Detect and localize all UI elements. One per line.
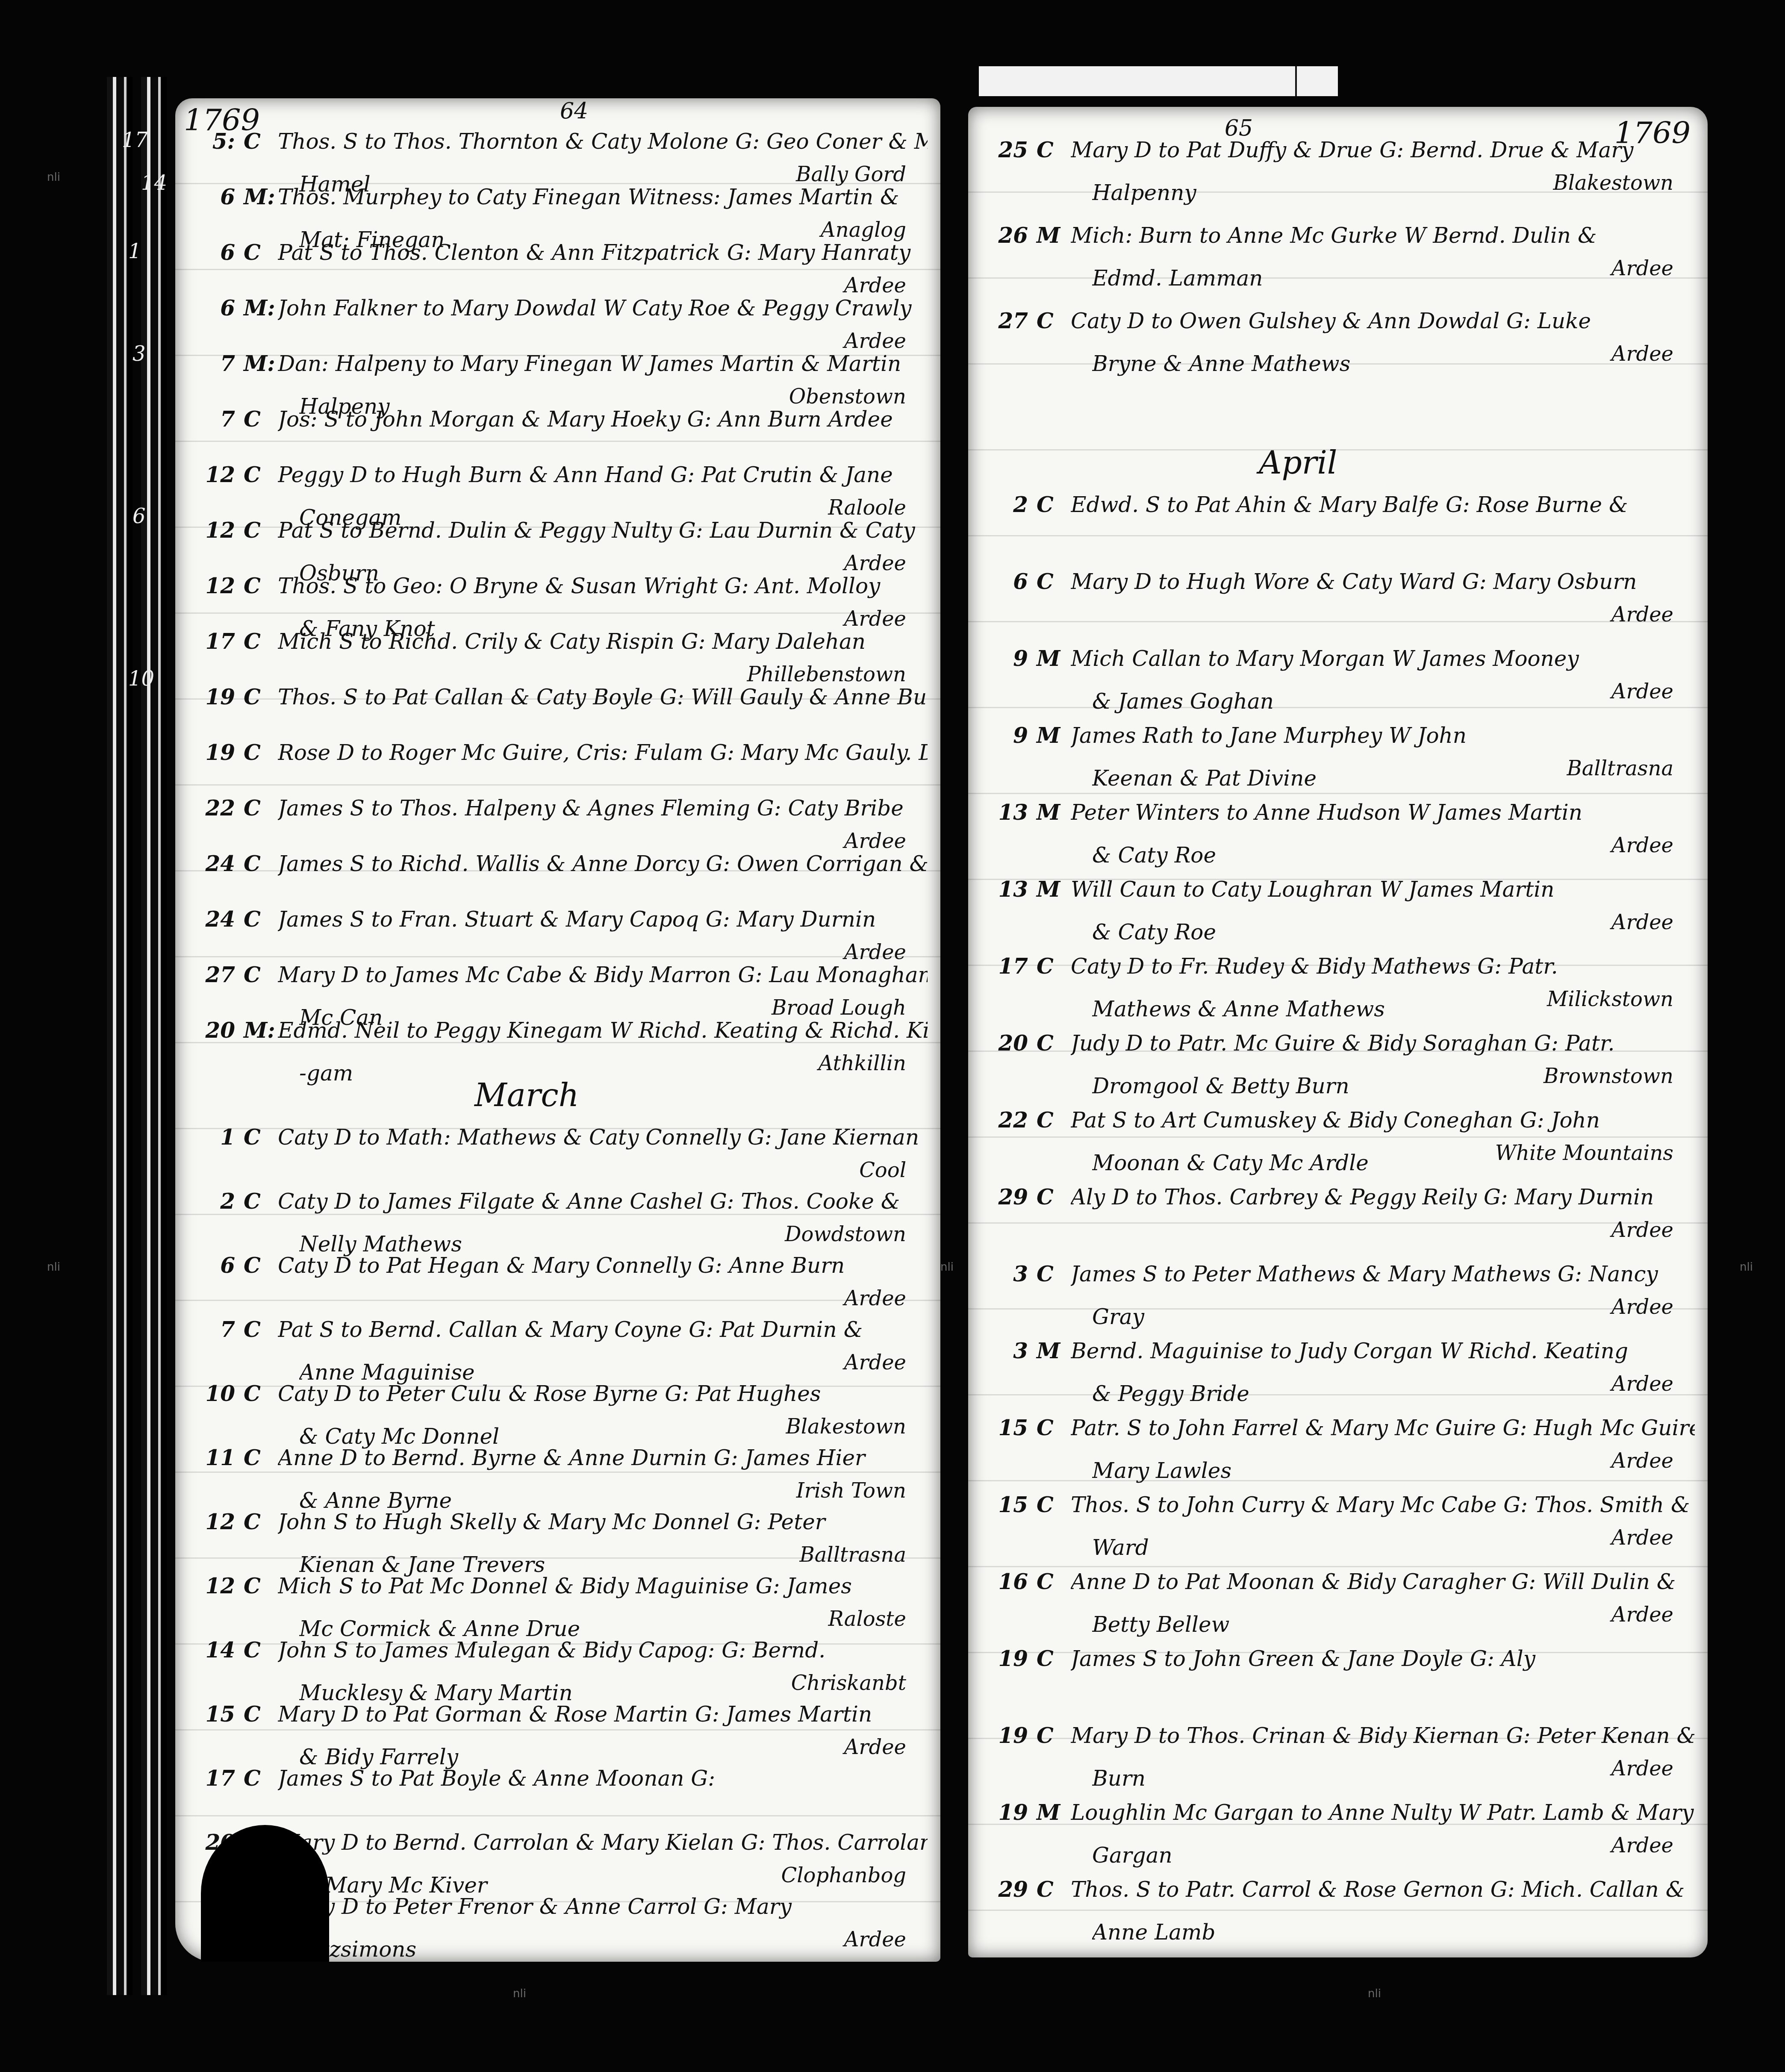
entry-date: 11 xyxy=(188,1445,235,1472)
entry-place: Athkillin xyxy=(819,1051,906,1076)
entry-text: Patr. S to John Farrel & Mary Mc Guire G… xyxy=(1071,1415,1695,1442)
entry-place: Ardee xyxy=(1611,1756,1673,1781)
entry-type: C xyxy=(244,851,274,877)
watermark: nli xyxy=(47,171,60,184)
entry-text: Thos. S to Pat Callan & Caty Boyle G: Wi… xyxy=(278,684,928,711)
entry-place: Phillebenstown xyxy=(747,662,906,687)
page-number: 64 xyxy=(560,98,588,124)
entry-type: C xyxy=(1037,1492,1066,1519)
entry-text-continued: Mary Lawles xyxy=(1092,1457,1695,1484)
entry-place: Ardee xyxy=(1611,1525,1673,1551)
margin-number: 3 xyxy=(133,342,146,366)
entry-type: C xyxy=(244,1701,274,1728)
entry-type: C xyxy=(244,684,274,711)
entry-place: Ardee xyxy=(844,939,906,965)
entry-text: Edmd. Neil to Peggy Kinegam W Richd. Kea… xyxy=(278,1017,928,1044)
entry-type: M: xyxy=(244,184,274,211)
entry-type: C xyxy=(244,573,274,600)
entry-place: Brownstown xyxy=(1543,1063,1673,1089)
month-heading: March xyxy=(474,1077,579,1114)
entry-type: C xyxy=(1037,1645,1066,1672)
margin-number: 1 xyxy=(128,239,141,263)
entry-place: Anaglog xyxy=(821,217,906,243)
entry-type: C xyxy=(1037,1030,1066,1057)
entry-text: Caty D to Owen Gulshey & Ann Dowdal G: L… xyxy=(1071,308,1695,335)
margin-number: 17 xyxy=(122,128,148,152)
entry-date: 1 xyxy=(188,1124,235,1151)
entry-text: Mary D to Thos. Crinan & Bidy Kiernan G:… xyxy=(1071,1722,1695,1749)
entry-type: C xyxy=(244,517,274,544)
entry-type: C xyxy=(244,128,274,155)
entry-type: C xyxy=(244,406,274,433)
entry-type: C xyxy=(244,795,274,822)
watermark: nli xyxy=(940,1261,954,1274)
entry-type: C xyxy=(244,1380,274,1407)
entry-date: 17 xyxy=(981,953,1028,980)
entry-text: Pat S to Art Cumuskey & Bidy Coneghan G:… xyxy=(1071,1107,1695,1134)
entry-date: 6 xyxy=(188,1252,235,1279)
entry-place: Ardee xyxy=(1611,1448,1673,1474)
entry-type: M xyxy=(1037,1799,1066,1826)
entry-place: Obenstown xyxy=(789,384,906,409)
entry-date: 19 xyxy=(981,1722,1028,1749)
book-edge-left xyxy=(107,77,133,1995)
entry-text: James S to Thos. Halpeny & Agnes Fleming… xyxy=(278,795,928,822)
entry-place: Ardee xyxy=(1611,256,1673,281)
entry-place: Balltrasna xyxy=(799,1542,906,1568)
entry-text: Mary D to James Mc Cabe & Bidy Marron G:… xyxy=(278,962,928,989)
entry-date: 15 xyxy=(981,1492,1028,1519)
entry-place: Ardee xyxy=(1611,341,1673,367)
entry-date: 12 xyxy=(188,517,235,544)
entry-type: C xyxy=(244,1509,274,1536)
entry-type: C xyxy=(244,462,274,489)
entry-date: 9 xyxy=(981,722,1028,749)
entry-text: Thos. S to Patr. Carrol & Rose Gernon G:… xyxy=(1071,1876,1695,1903)
entry-place: Ardee xyxy=(844,328,906,354)
entry-text-continued: Gargan xyxy=(1092,1842,1695,1869)
entry-type: C xyxy=(244,1188,274,1215)
entry-text: Dan: Halpeny to Mary Finegan W James Mar… xyxy=(278,350,928,377)
entry-text: Mich: Burn to Anne Mc Gurke W Bernd. Dul… xyxy=(1071,222,1695,249)
paper-tab xyxy=(979,66,1338,96)
entry-place: Raloste xyxy=(828,1606,906,1632)
entry-text: Mich S to Richd. Crily & Caty Rispin G: … xyxy=(278,628,928,655)
entry-type: C xyxy=(244,1765,274,1792)
entry-place: Bally Gord xyxy=(796,162,906,187)
entry-date: 9 xyxy=(981,645,1028,672)
entry-text: Mary D to Hugh Wore & Caty Ward G: Mary … xyxy=(1071,568,1695,595)
entry-date: 7 xyxy=(188,1316,235,1343)
entry-date: 24 xyxy=(188,851,235,877)
register-page-right: 65 1769 25 C Mary D to Pat Duffy & Drue … xyxy=(968,107,1708,1957)
entry-type: C xyxy=(244,1316,274,1343)
entry-date: 12 xyxy=(188,1509,235,1536)
entry-text-continued: Anne Lamb xyxy=(1092,1919,1695,1946)
entry-text: Peter Winters to Anne Hudson W James Mar… xyxy=(1071,799,1695,826)
entry-place: Blakestown xyxy=(786,1414,906,1439)
entry-date: 6 xyxy=(981,568,1028,595)
entry-text: James S to Peter Mathews & Mary Mathews … xyxy=(1071,1261,1695,1288)
entry-text: Edwd. S to Pat Ahin & Mary Balfe G: Rose… xyxy=(1071,492,1695,518)
entry-text: Will Caun to Caty Loughran W James Marti… xyxy=(1071,876,1695,903)
margin-number: 6 xyxy=(133,504,146,528)
entry-type: C xyxy=(1037,492,1066,518)
entry-place: Dowdstown xyxy=(785,1221,906,1247)
entry-date: 22 xyxy=(188,795,235,822)
entry-text: Rose D to Roger Mc Guire, Cris: Fulam G:… xyxy=(278,739,928,766)
entry-type: C xyxy=(244,739,274,766)
entry-text: James Rath to Jane Murphey W John xyxy=(1071,722,1695,749)
entry-text-continued: Edmd. Lamman xyxy=(1092,265,1695,292)
entry-place: Broad Lough xyxy=(772,995,906,1021)
entry-text: Mary D to Bernd. Carrolan & Mary Kielan … xyxy=(278,1829,928,1856)
entry-place: Ardee xyxy=(1611,602,1673,627)
entry-type: C xyxy=(1037,1876,1066,1903)
entry-place: Ardee xyxy=(844,828,906,854)
entry-type: C xyxy=(1037,1261,1066,1288)
entry-text: Caty D to James Filgate & Anne Cashel G:… xyxy=(278,1188,928,1215)
entry-type: C xyxy=(244,962,274,989)
entry-date: 7 xyxy=(188,406,235,433)
entry-type: M: xyxy=(244,350,274,377)
entry-date: 19 xyxy=(188,739,235,766)
entry-type: M xyxy=(1037,1338,1066,1365)
watermark: nli xyxy=(1368,1987,1381,2000)
entry-text-continued: Bryne & Anne Mathews xyxy=(1092,350,1695,377)
entry-place: Irish Town xyxy=(796,1478,906,1504)
entry-place: Ardee xyxy=(1611,679,1673,704)
entry-text: James S to Pat Boyle & Anne Moonan G: xyxy=(278,1765,928,1792)
entry-text: Aly D to Thos. Carbrey & Peggy Reily G: … xyxy=(1071,1184,1695,1211)
entry-text: Loughlin Mc Gargan to Anne Nulty W Patr.… xyxy=(1071,1799,1695,1826)
entry-type: C xyxy=(1037,1184,1066,1211)
entry-type: C xyxy=(244,1252,274,1279)
entry-place: Ardee xyxy=(844,273,906,298)
entry-date: 13 xyxy=(981,876,1028,903)
entry-text: Mich Callan to Mary Morgan W James Moone… xyxy=(1071,645,1695,672)
entry-text: Mich S to Pat Mc Donnel & Bidy Maguinise… xyxy=(278,1573,928,1600)
register-page-left: 1769 64 5: C Thos. S to Thos. Thornton &… xyxy=(175,98,940,1962)
entry-text: Mary D to Peter Frenor & Anne Carrol G: … xyxy=(278,1893,928,1920)
entry-text: Pat S to Bernd. Dulin & Peggy Nulty G: L… xyxy=(278,517,928,544)
entry-place: Ardee xyxy=(844,1350,906,1375)
entry-text-continued: Burn xyxy=(1092,1765,1695,1792)
entry-type: C xyxy=(1037,568,1066,595)
entry-date: 5: xyxy=(188,128,235,155)
entry-text: James S to Fran. Stuart & Mary Capoq G: … xyxy=(278,906,928,933)
entry-type: C xyxy=(1037,1569,1066,1595)
entry-type: M xyxy=(1037,222,1066,249)
entry-type: C xyxy=(244,239,274,266)
entry-type: M xyxy=(1037,799,1066,826)
entry-date: 27 xyxy=(188,962,235,989)
entry-type: C xyxy=(244,1637,274,1664)
entry-date: 19 xyxy=(981,1645,1028,1672)
entry-text: Caty D to Peter Culu & Rose Byrne G: Pat… xyxy=(278,1380,928,1407)
margin-number: 14 xyxy=(141,171,167,195)
entry-text: Thos. Murphey to Caty Finegan Witness: J… xyxy=(278,184,928,211)
entry-text: James S to John Green & Jane Doyle G: Al… xyxy=(1071,1645,1695,1672)
scan-background: 17 14 1 3 6 10 1769 64 5: C Thos. S to T… xyxy=(0,0,1785,2072)
entry-date: 17 xyxy=(188,1765,235,1792)
entry-type: C xyxy=(244,1445,274,1472)
entry-type: M xyxy=(1037,645,1066,672)
entry-type: C xyxy=(1037,137,1066,164)
entry-type: C xyxy=(244,1573,274,1600)
entry-type: C xyxy=(1037,953,1066,980)
entry-type: C xyxy=(244,1124,274,1151)
entry-text: Pat S to Thos. Clenton & Ann Fitzpatrick… xyxy=(278,239,928,266)
entry-date: 12 xyxy=(188,573,235,600)
entry-place: Blakestown xyxy=(1553,170,1673,196)
entry-place: Ardee xyxy=(1611,1217,1673,1243)
entry-text: Jos: S to John Morgan & Mary Hoeky G: An… xyxy=(278,406,928,433)
watermark: nli xyxy=(47,1261,60,1274)
entry-date: 24 xyxy=(188,906,235,933)
entry-text: Pat S to Bernd. Callan & Mary Coyne G: P… xyxy=(278,1316,928,1343)
entry-text: Anne D to Pat Moonan & Bidy Caragher G: … xyxy=(1071,1569,1695,1595)
entry-type: M xyxy=(1037,722,1066,749)
margin-number: 10 xyxy=(128,667,154,691)
entry-type: C xyxy=(1037,1107,1066,1134)
entry-text-continued: & Caty Roe xyxy=(1092,919,1695,946)
entry-date: 15 xyxy=(188,1701,235,1728)
watermark: nli xyxy=(513,1987,526,2000)
entry-text-continued: Fitzsimons xyxy=(299,1936,928,1963)
entry-date: 17 xyxy=(188,628,235,655)
entry-text: John Falkner to Mary Dowdal W Caty Roe &… xyxy=(278,295,928,322)
entry-text-continued: Betty Bellew xyxy=(1092,1611,1695,1638)
entry-type: M: xyxy=(244,1017,274,1044)
entry-text: Caty D to Fr. Rudey & Bidy Mathews G: Pa… xyxy=(1071,953,1695,980)
entry-text: Thos. S to Geo: O Bryne & Susan Wright G… xyxy=(278,573,928,600)
entry-text: Bernd. Maguinise to Judy Corgan W Richd.… xyxy=(1071,1338,1695,1365)
scanner-thumb-shadow xyxy=(201,1825,329,1962)
watermark: nli xyxy=(1740,1261,1753,1274)
entry-date: 22 xyxy=(981,1107,1028,1134)
month-heading: April xyxy=(1259,444,1337,481)
entry-text: Caty D to Pat Hegan & Mary Connelly G: A… xyxy=(278,1252,928,1279)
entry-date: 14 xyxy=(188,1637,235,1664)
entry-text-continued: & Peggy Bride xyxy=(1092,1380,1695,1407)
entry-date: 20 xyxy=(981,1030,1028,1057)
entry-date: 19 xyxy=(188,684,235,711)
entry-text: Judy D to Patr. Mc Guire & Bidy Soraghan… xyxy=(1071,1030,1695,1057)
entry-date: 2 xyxy=(188,1188,235,1215)
entry-text: Peggy D to Hugh Burn & Ann Hand G: Pat C… xyxy=(278,462,928,489)
entry-text: John S to James Mulegan & Bidy Capog: G:… xyxy=(278,1637,928,1664)
entry-type: C xyxy=(1037,308,1066,335)
entry-date: 3 xyxy=(981,1261,1028,1288)
entry-place: Milickstown xyxy=(1547,986,1673,1012)
entry-place: Ardee xyxy=(844,1734,906,1760)
entry-text-continued: Ward xyxy=(1092,1534,1695,1561)
entry-text-continued: & James Goghan xyxy=(1092,688,1695,715)
entry-date: 20 xyxy=(188,1017,235,1044)
entry-text: Thos. S to John Curry & Mary Mc Cabe G: … xyxy=(1071,1492,1695,1519)
entry-place: Raloole xyxy=(828,495,906,521)
entry-place: Ardee xyxy=(1611,833,1673,858)
entry-text: Caty D to Math: Mathews & Caty Connelly … xyxy=(278,1124,928,1151)
entry-date: 6 xyxy=(188,295,235,322)
entry-date: 6 xyxy=(188,184,235,211)
entry-date: 26 xyxy=(981,222,1028,249)
entry-date: 29 xyxy=(981,1184,1028,1211)
entry-place: Ardee xyxy=(1611,1602,1673,1628)
entry-date: 25 xyxy=(981,137,1028,164)
entry-date: 13 xyxy=(981,799,1028,826)
entry-text: Mary D to Pat Duffy & Drue G: Bernd. Dru… xyxy=(1071,137,1695,164)
entry-place: Ardee xyxy=(844,1927,906,1952)
entry-date: 15 xyxy=(981,1415,1028,1442)
entry-text-continued: Gray xyxy=(1092,1304,1695,1330)
entry-date: 2 xyxy=(981,492,1028,518)
entry-place: Balltrasna xyxy=(1567,756,1673,781)
entry-place: Cool xyxy=(859,1157,906,1183)
entry-text: Anne D to Bernd. Byrne & Anne Durnin G: … xyxy=(278,1445,928,1472)
entry-type: C xyxy=(244,628,274,655)
entry-date: 12 xyxy=(188,462,235,489)
entry-text: Mary D to Pat Gorman & Rose Martin G: Ja… xyxy=(278,1701,928,1728)
entry-type: C xyxy=(1037,1722,1066,1749)
entry-type: C xyxy=(1037,1415,1066,1442)
entry-place: Ardee xyxy=(844,1286,906,1311)
entry-text-continued: & Caty Roe xyxy=(1092,842,1695,869)
entry-place: Clophanbog xyxy=(781,1863,907,1888)
entry-text: Thos. S to Thos. Thornton & Caty Molone … xyxy=(278,128,928,155)
entry-place: Ardee xyxy=(1611,1294,1673,1320)
entry-date: 3 xyxy=(981,1338,1028,1365)
entry-date: 29 xyxy=(981,1876,1028,1903)
entry-type: M xyxy=(1037,876,1066,903)
entry-text: John S to Hugh Skelly & Mary Mc Donnel G… xyxy=(278,1509,928,1536)
entry-place: White Mountains xyxy=(1495,1140,1673,1166)
entry-date: 10 xyxy=(188,1380,235,1407)
entry-type: M: xyxy=(244,295,274,322)
entry-place: Ardee xyxy=(1611,1371,1673,1397)
entry-date: 19 xyxy=(981,1799,1028,1826)
entry-date: 27 xyxy=(981,308,1028,335)
entry-type: C xyxy=(244,906,274,933)
entry-date: 6 xyxy=(188,239,235,266)
entry-date: 7 xyxy=(188,350,235,377)
entry-date: 16 xyxy=(981,1569,1028,1595)
entry-text: James S to Richd. Wallis & Anne Dorcy G:… xyxy=(278,851,928,877)
entry-date: 12 xyxy=(188,1573,235,1600)
entry-place: Ardee xyxy=(844,606,906,632)
entry-place: Ardee xyxy=(844,550,906,576)
entry-place: Ardee xyxy=(1611,909,1673,935)
entry-place: Ardee xyxy=(1611,1833,1673,1858)
entry-place: Chriskanbt xyxy=(791,1670,906,1696)
